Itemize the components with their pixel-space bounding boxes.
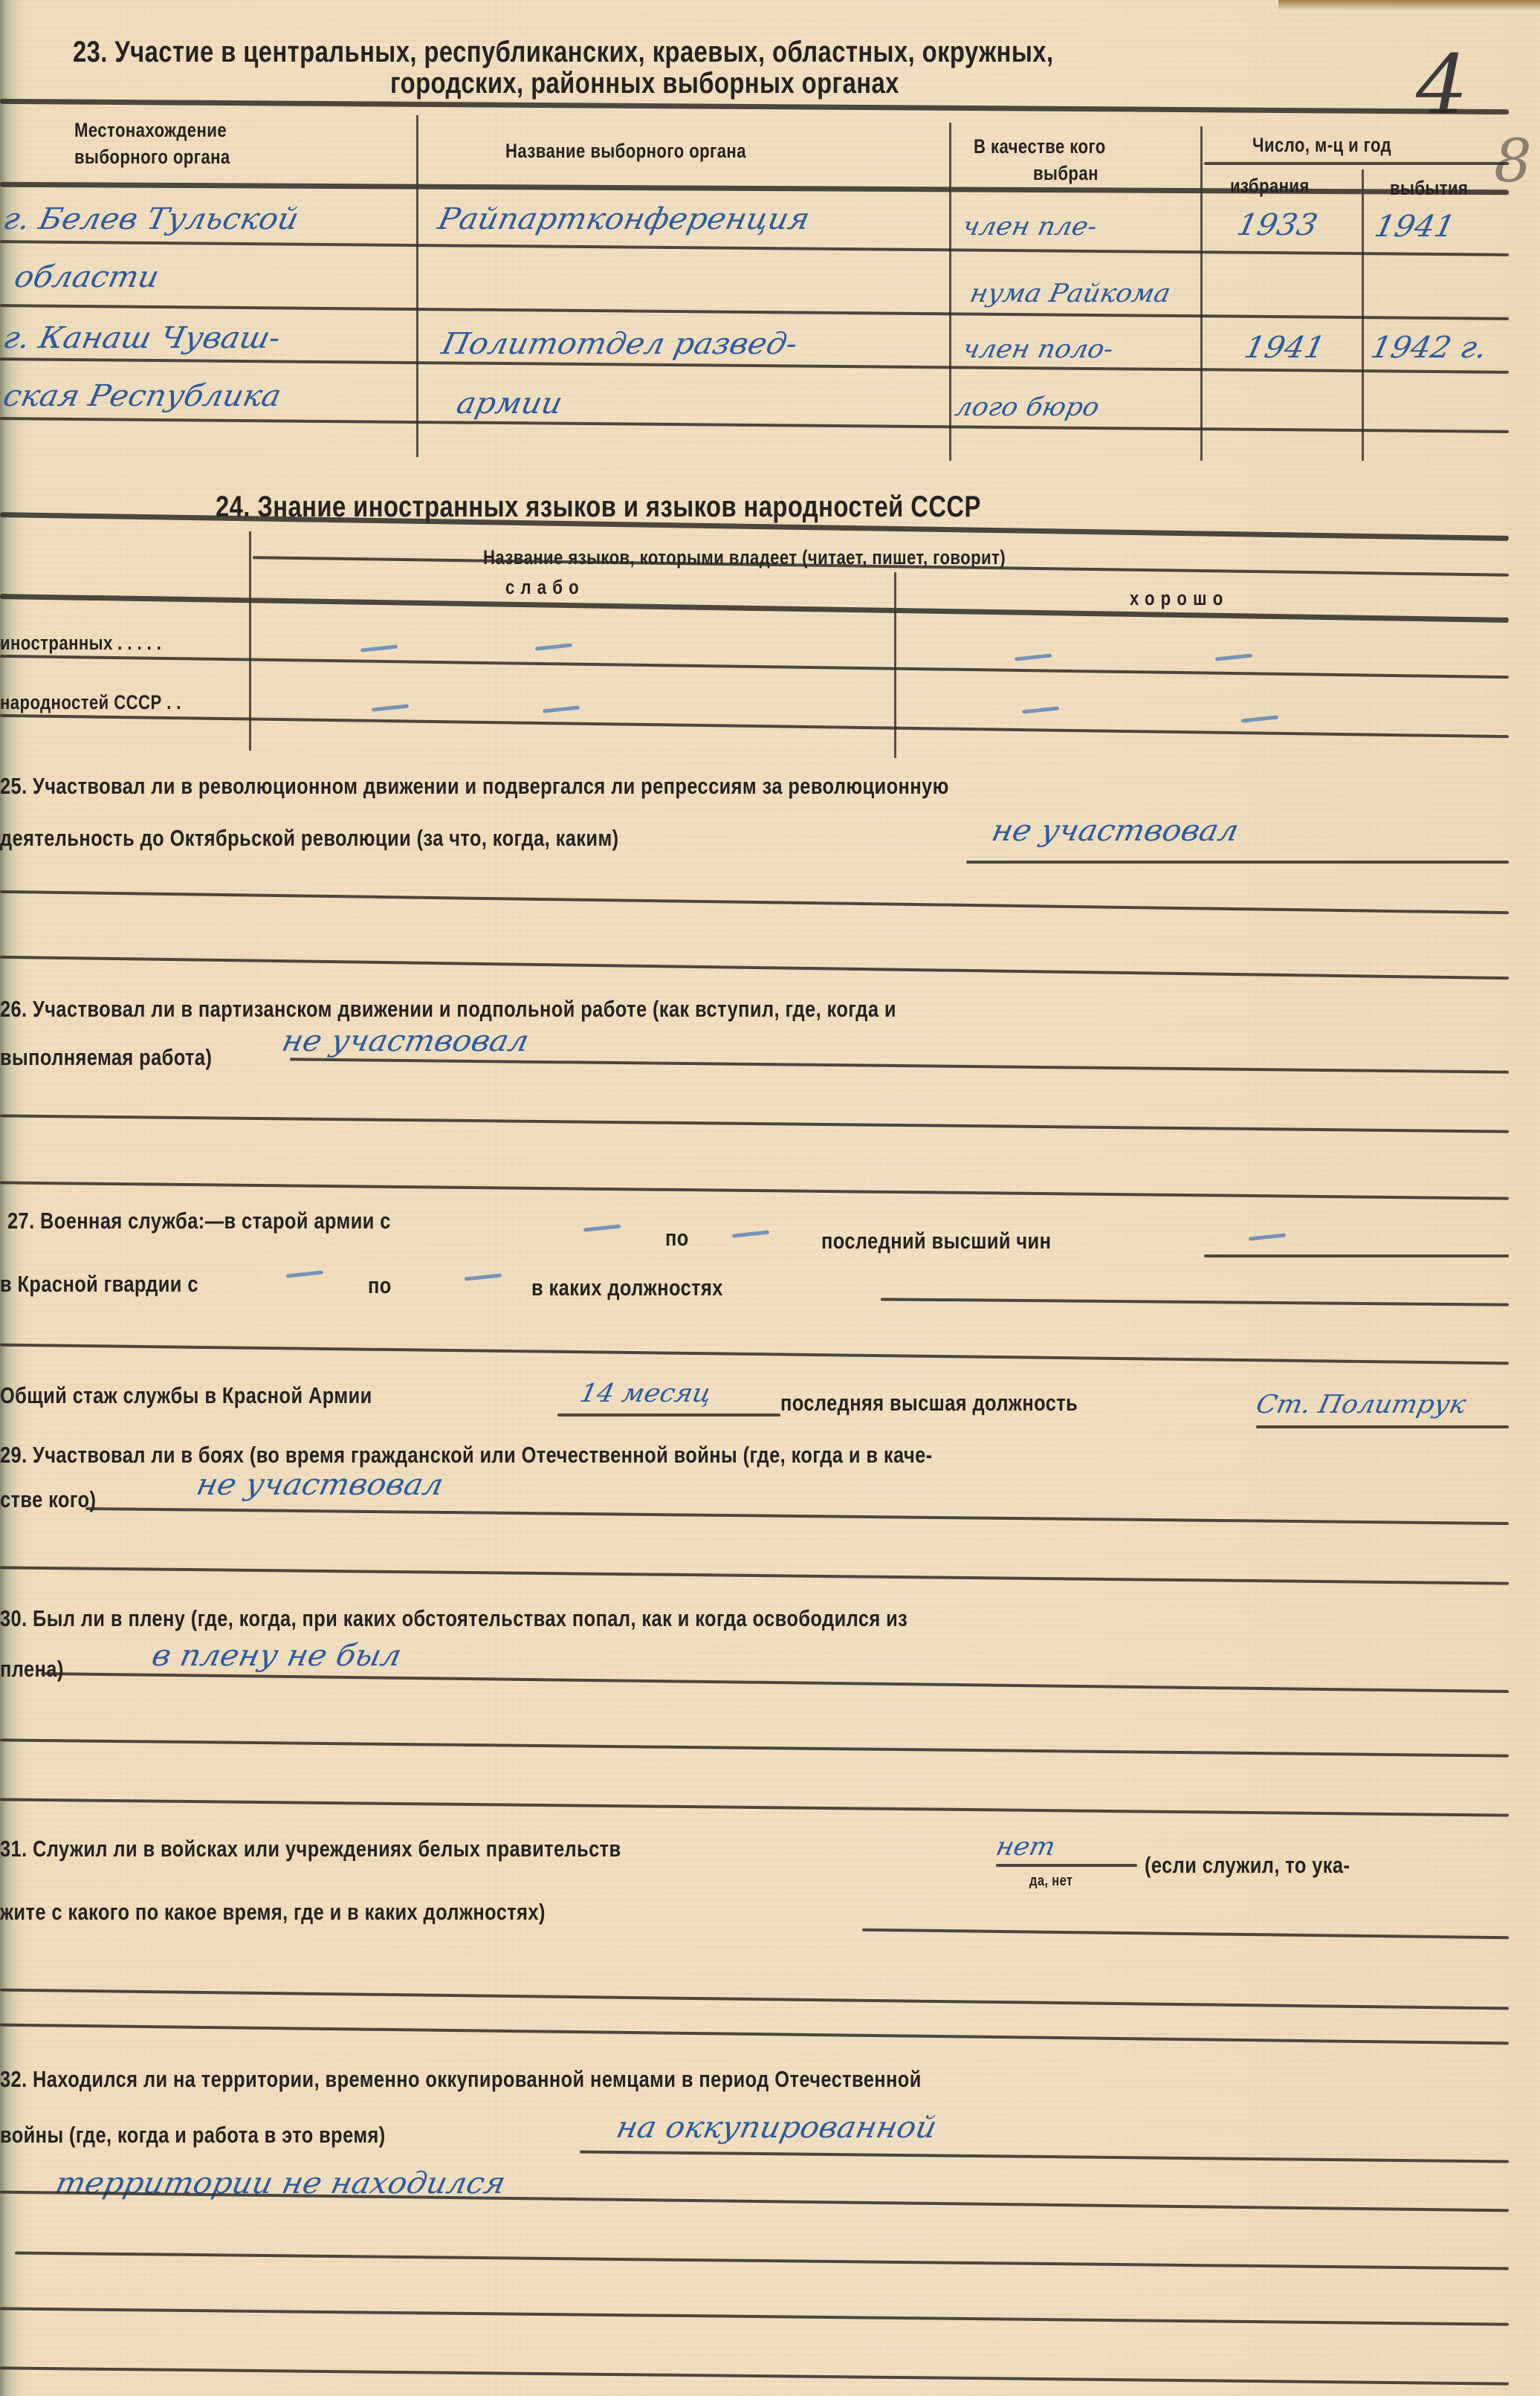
cell-role-l2: нума Райкома <box>967 279 1173 308</box>
pencil-margin-mark: 8 <box>1494 126 1532 195</box>
question-28-label-a: Общий стаж службы в Красной Армии <box>0 1382 372 1409</box>
col-weak-header: слабо <box>505 576 585 599</box>
answer-rule <box>0 2191 1509 2212</box>
col-left-header: выбытия <box>1390 177 1468 200</box>
dash-mark <box>1215 653 1252 661</box>
question-25-line2: деятельность до Октябрьской революции (з… <box>0 825 619 852</box>
dash-mark <box>360 644 398 652</box>
answer-31-yes-no: нет <box>993 1832 1058 1862</box>
question-25-line1: 25. Участвовал ли в революционном движен… <box>0 773 949 800</box>
answer-rule <box>290 1058 1509 1073</box>
torn-top-edge <box>1278 0 1540 10</box>
cell-elected: 1941 <box>1241 331 1328 365</box>
answer-rule <box>0 1114 1509 1133</box>
yes-no-hint: да, нет <box>1029 1873 1072 1890</box>
answer-25: не участвовал <box>989 814 1241 848</box>
answer-rule <box>15 2251 1509 2270</box>
answer-rule <box>0 956 1509 980</box>
date-group-rule <box>1204 162 1509 165</box>
col-name-header: Название выборного органа <box>505 140 746 163</box>
col-date-group-header: Число, м-ц и год <box>1252 134 1391 157</box>
col-elected-header: избрания <box>1230 175 1310 198</box>
answer-26: не участвовал <box>279 1024 531 1058</box>
answer-rule <box>1204 1254 1509 1257</box>
answer-rule <box>580 2150 1509 2163</box>
answer-service-length: 14 месяц <box>577 1379 714 1408</box>
dash-mark <box>543 705 580 713</box>
answer-rule <box>0 1738 1509 1757</box>
question-27-line2-a: в Красной гвардии с <box>0 1271 198 1298</box>
question-26-line2: выполняемая работа) <box>0 1044 212 1071</box>
answer-rule <box>1256 1425 1509 1428</box>
row-rule <box>0 304 1509 320</box>
answer-rule <box>0 890 1509 914</box>
dash-mark <box>372 704 409 711</box>
answer-rule <box>41 1672 1509 1693</box>
old-army-to-dash <box>732 1230 769 1237</box>
answer-rule <box>557 1414 780 1416</box>
column-divider <box>894 572 896 758</box>
question-31-line2: жите с какого по какое время, где и в ка… <box>0 1899 546 1926</box>
cell-left: 1942 г. <box>1368 331 1490 365</box>
answer-29: не участвовал <box>193 1468 446 1502</box>
answer-rule <box>862 1929 1509 1940</box>
col-location-header-l2: выборного органа <box>74 146 230 169</box>
row-label-foreign: иностранных . . . . . <box>0 632 161 655</box>
section-23-title-line1: 23. Участие в центральных, республиканск… <box>73 36 1053 69</box>
answer-rule <box>0 2024 1509 2045</box>
row-rule <box>0 417 1509 433</box>
col-good-header: хорошо <box>1130 587 1229 610</box>
cell-role-l2: лого бюро <box>952 392 1101 422</box>
cell-location-l1: г. Белев Тульской <box>0 202 302 236</box>
answer-rule <box>0 1989 1509 2010</box>
column-divider <box>949 123 951 461</box>
answer-rule <box>966 861 1509 864</box>
old-army-from-dash <box>583 1224 621 1231</box>
column-divider <box>416 115 418 457</box>
red-guard-to-dash <box>465 1273 502 1280</box>
cell-name-l1: Политотдел развед- <box>439 327 800 361</box>
answer-rule <box>0 2366 1509 2385</box>
question-31-line1-a: 31. Служил ли в войсках или учреждениях … <box>0 1836 621 1862</box>
cell-role-l1: член поло- <box>960 334 1116 364</box>
answer-rule <box>85 1507 1509 1525</box>
dash-mark <box>535 643 572 650</box>
question-27-line2-b: по <box>368 1272 392 1299</box>
cell-role-l1: член пле- <box>960 212 1099 242</box>
cell-elected: 1933 <box>1234 208 1321 242</box>
cell-left: 1941 <box>1371 210 1458 244</box>
answer-rule <box>881 1298 1509 1306</box>
col-role-header-l1: В качестве кого <box>974 135 1106 158</box>
question-27-line1-b: по <box>665 1225 689 1252</box>
answer-last-position: Ст. Политрук <box>1253 1390 1468 1419</box>
question-31-line1-b: (если служил, то ука- <box>1145 1852 1350 1879</box>
column-divider <box>1200 126 1203 461</box>
dash-mark <box>1015 653 1052 661</box>
answer-32-line1: на оккупированной <box>613 2111 939 2145</box>
table-top-rule <box>0 99 1509 114</box>
answer-rule <box>996 1864 1137 1867</box>
cell-name-l1: Райпартконференция <box>435 202 812 236</box>
dash-mark <box>1022 706 1059 713</box>
red-guard-from-dash <box>286 1270 323 1278</box>
column-divider <box>1362 169 1364 461</box>
archive-page-number: 4 <box>1416 37 1468 132</box>
answer-rule <box>0 1798 1509 1816</box>
answer-rule <box>0 1181 1509 1199</box>
row-rule <box>0 240 1509 256</box>
answer-rule <box>0 1344 1509 1365</box>
cell-name-l2: армии <box>453 386 566 421</box>
old-army-rank-dash <box>1249 1233 1286 1240</box>
question-29-line2: стве кого) <box>0 1486 96 1513</box>
answer-rule <box>0 2307 1509 2325</box>
answer-30: в плену не был <box>149 1639 404 1673</box>
header-rule <box>0 594 1509 623</box>
section-23-title-line2: городских, районных выборных органах <box>390 67 899 100</box>
question-30-line1: 30. Был ли в плену (где, когда, при каки… <box>0 1605 907 1632</box>
question-28-label-b: последняя высшая должность <box>780 1390 1078 1416</box>
question-30-line2: плена) <box>0 1656 64 1683</box>
cell-location-l2: области <box>11 260 162 294</box>
question-29-line1: 29. Участвовал ли в боях (во время гражд… <box>0 1442 933 1469</box>
col-role-header-l2: выбран <box>1033 162 1099 185</box>
cell-location-l1: г. Канаш Чуваш- <box>0 321 283 355</box>
question-27-line1-a: 27. Военная служба:—в старой армии с <box>7 1208 391 1234</box>
question-32-line2: войны (где, когда и работа в это время) <box>0 2122 386 2149</box>
col-location-header-l1: Местонахождение <box>74 119 227 142</box>
question-26-line1: 26. Участвовал ли в партизанском движени… <box>0 996 896 1023</box>
dash-mark <box>1241 715 1278 722</box>
question-27-line1-c: последний высший чин <box>821 1228 1051 1254</box>
question-27-line2-c: в каких должностях <box>531 1275 723 1301</box>
question-32-line1: 32. Находился ли на территории, временно… <box>0 2066 922 2093</box>
row-rule <box>0 714 1509 738</box>
row-label-ussr: народностей СССР . . <box>0 691 181 714</box>
row-rule <box>0 655 1509 679</box>
cell-location-l2: ская Республика <box>0 379 284 413</box>
answer-rule <box>0 1566 1509 1584</box>
